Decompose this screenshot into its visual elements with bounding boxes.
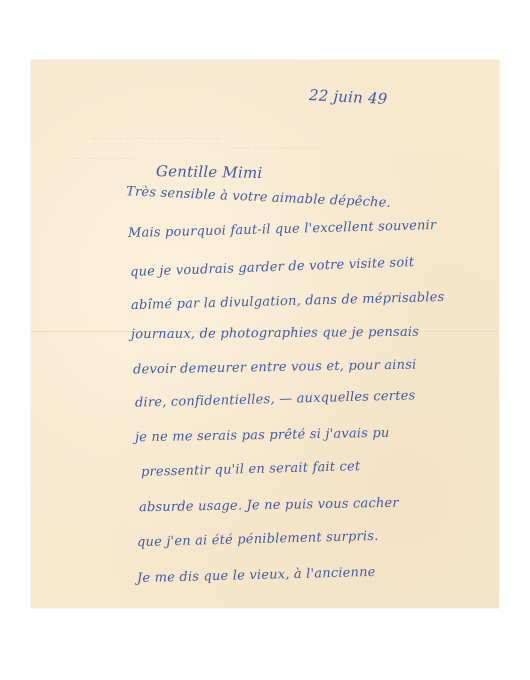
letter-line: journaux, de photographies que je pensai… [131, 325, 419, 343]
letter-date: 22 juin 49 [309, 86, 388, 108]
letter-line: Je me dis que le vieux, à l'ancienne [137, 565, 376, 586]
letter-line: dire, confidentielles, — auxquelles cert… [135, 388, 416, 410]
letter-line: absurde usage. Je ne puis vous cacher [139, 496, 399, 516]
letter-line: je ne me serais pas prêté si j'avais pu [135, 426, 390, 445]
letter-line: pressentir qu'il en serait fait cet [141, 459, 361, 480]
bleed-through-text: …… … ……… …… [231, 142, 317, 152]
letter-line: Très sensible à votre aimable dépêche. [126, 184, 391, 211]
bleed-through-text: …… … ……… … ……… …… [91, 132, 222, 142]
letter-salutation: Gentille Mimi [156, 162, 263, 182]
letter-paper: …… … ……… … ……… …… …… … ……… …… … …… ……… 2… [31, 60, 499, 608]
letter-line: abîmé par la divulgation, dans de mépris… [131, 290, 445, 313]
bleed-through-text: … …… ……… [71, 152, 135, 162]
letter-line: que je voudrais garder de votre visite s… [130, 255, 415, 280]
letter-line: Mais pourquoi faut-il que l'excellent so… [128, 218, 437, 241]
letter-line: que j'en ai été péniblement surpris. [137, 529, 379, 550]
letter-line: devoir demeurer entre vous et, pour ains… [133, 358, 417, 378]
